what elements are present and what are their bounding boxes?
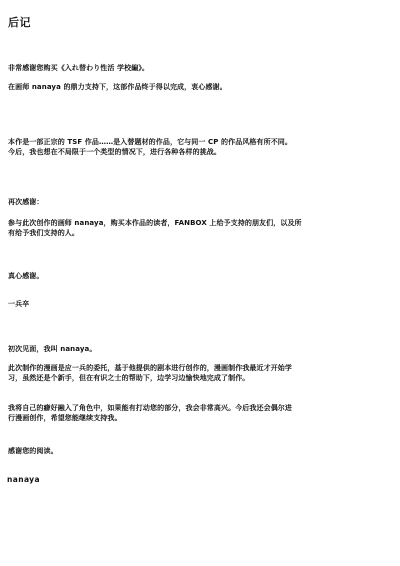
artist-thanks-line: 在画师 nanaya 的鼎力支持下，这部作品终于得以完成，衷心感谢。 xyxy=(8,82,227,92)
paragraph-line: 参与此次创作的画师 nanaya，购买本作品的读者，FANBOX 上给予支持的朋… xyxy=(8,218,348,228)
artist-hope-paragraph: 我将自己的癖好融入了角色中，如果能有打动您的部分，我会非常高兴。今后我还会偶尔进… xyxy=(8,403,348,423)
artist-production-paragraph: 此次制作的漫画是应一兵的委托，基于他提供的剧本进行创作的，漫画制作我最近才开始学… xyxy=(8,363,348,383)
paragraph-line: 今后，我也想在不局限于一个类型的情况下，进行各种各样的挑战。 xyxy=(8,147,348,157)
paragraph-line: 习，虽然还是个新手，但在有识之士的帮助下，边学习边愉快地完成了制作。 xyxy=(8,373,348,383)
paragraph-line: 此次制作的漫画是应一兵的委托，基于他提供的剧本进行创作的，漫画制作我最近才开始学 xyxy=(8,363,348,373)
closing-thanks: 真心感谢。 xyxy=(8,271,44,281)
acknowledgement-paragraph: 参与此次创作的画师 nanaya，购买本作品的读者，FANBOX 上给予支持的朋… xyxy=(8,218,348,238)
thanks-again-heading: 再次感谢： xyxy=(8,197,44,207)
work-description-paragraph: 本作是一部正宗的 TSF 作品……是入替题材的作品，它与同一 CP 的作品风格有… xyxy=(8,137,348,157)
paragraph-line: 有给予我们支持的人。 xyxy=(8,228,348,238)
thanks-for-reading: 感谢您的阅读。 xyxy=(8,446,58,456)
afterword-page: 后记 非常感谢您购买《入れ替わり性活 学校編》。 在画师 nanaya 的鼎力支… xyxy=(0,0,400,566)
thanks-purchase-line: 非常感谢您购买《入れ替わり性活 学校編》。 xyxy=(8,63,149,73)
paragraph-line: 行漫画创作，希望您能继续支持我。 xyxy=(8,413,348,423)
paragraph-line: 本作是一部正宗的 TSF 作品……是入替题材的作品，它与同一 CP 的作品风格有… xyxy=(8,137,348,147)
author-signature-artist: nanaya xyxy=(7,475,40,484)
paragraph-line: 我将自己的癖好融入了角色中，如果能有打动您的部分，我会非常高兴。今后我还会偶尔进 xyxy=(8,403,348,413)
author-signature-writer: 一兵卒 xyxy=(8,299,29,309)
artist-greeting: 初次见面，我叫 nanaya。 xyxy=(8,344,96,354)
page-title: 后记 xyxy=(8,14,31,30)
